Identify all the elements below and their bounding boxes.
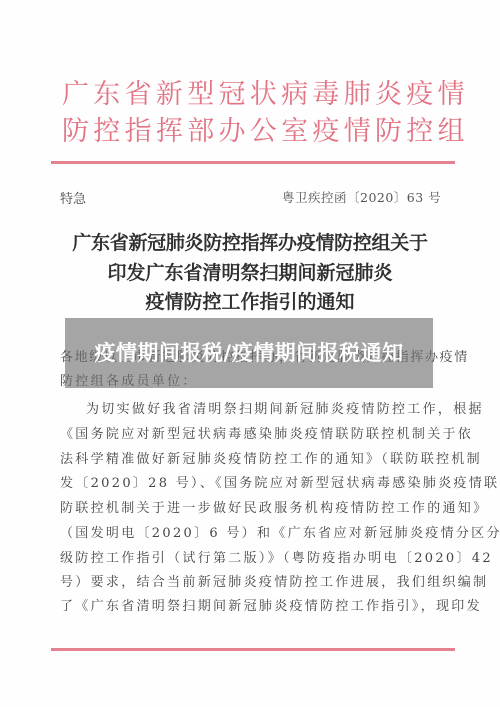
body-line: 了《广东省清明祭扫期间新冠肺炎疫情防控工作指引》，现印发 bbox=[60, 598, 482, 616]
body-line: 号）要求，结合当前新冠肺炎疫情防控工作进展，我们组织编制 bbox=[60, 574, 488, 592]
caption-text: 疫情期间报税/疫情期间报税通知 bbox=[79, 341, 419, 366]
body-line: 《国务院应对新型冠状病毒感染肺炎疫情联防联控机制关于依 bbox=[60, 426, 473, 444]
document-page: 广东省新型冠状病毒肺炎疫情 防控指挥部办公室疫情防控组 特急 粤卫疾控函〔202… bbox=[0, 0, 500, 707]
document-number: 粤卫疾控函〔2020〕63 号 bbox=[282, 188, 441, 206]
urgency-label: 特急 bbox=[60, 188, 86, 207]
document-title-line1: 广东省新冠肺炎防控指挥办疫情防控组关于 bbox=[0, 231, 500, 255]
document-title-line3: 疫情防控工作指引的通知 bbox=[0, 290, 500, 314]
body-line: 为切实做好我省清明祭扫期间新冠肺炎疫情防控工作，根据 bbox=[86, 401, 484, 419]
issuer-heading-line2: 防控指挥部办公室疫情防控组 bbox=[62, 116, 442, 148]
body-line: 法科学精准做好新冠肺炎疫情防控工作的通知》（联防联控机制 bbox=[60, 451, 482, 469]
caption-overlay: 疫情期间报税/疫情期间报税通知 bbox=[65, 318, 433, 388]
document-title-line2: 印发广东省清明祭扫期间新冠肺炎 bbox=[0, 261, 500, 285]
red-divider-bottom bbox=[51, 648, 455, 651]
body-line: 发〔2020〕28 号）、《国务院应对新型冠状病毒感染肺炎疫情联 bbox=[60, 475, 499, 493]
red-divider-top bbox=[51, 161, 455, 164]
body-line: 防联控机制关于进一步做好民政服务机构疫情防控工作的通知》 bbox=[60, 500, 488, 518]
body-line: （国发明电〔2020〕6 号）和《广东省应对新冠肺炎疫情分区分 bbox=[60, 525, 500, 543]
issuer-heading-line1: 广东省新型冠状病毒肺炎疫情 bbox=[62, 79, 442, 111]
body-line: 级防控工作指引（试行第二版）》（粤防疫指办明电〔2020〕42 bbox=[60, 550, 493, 568]
